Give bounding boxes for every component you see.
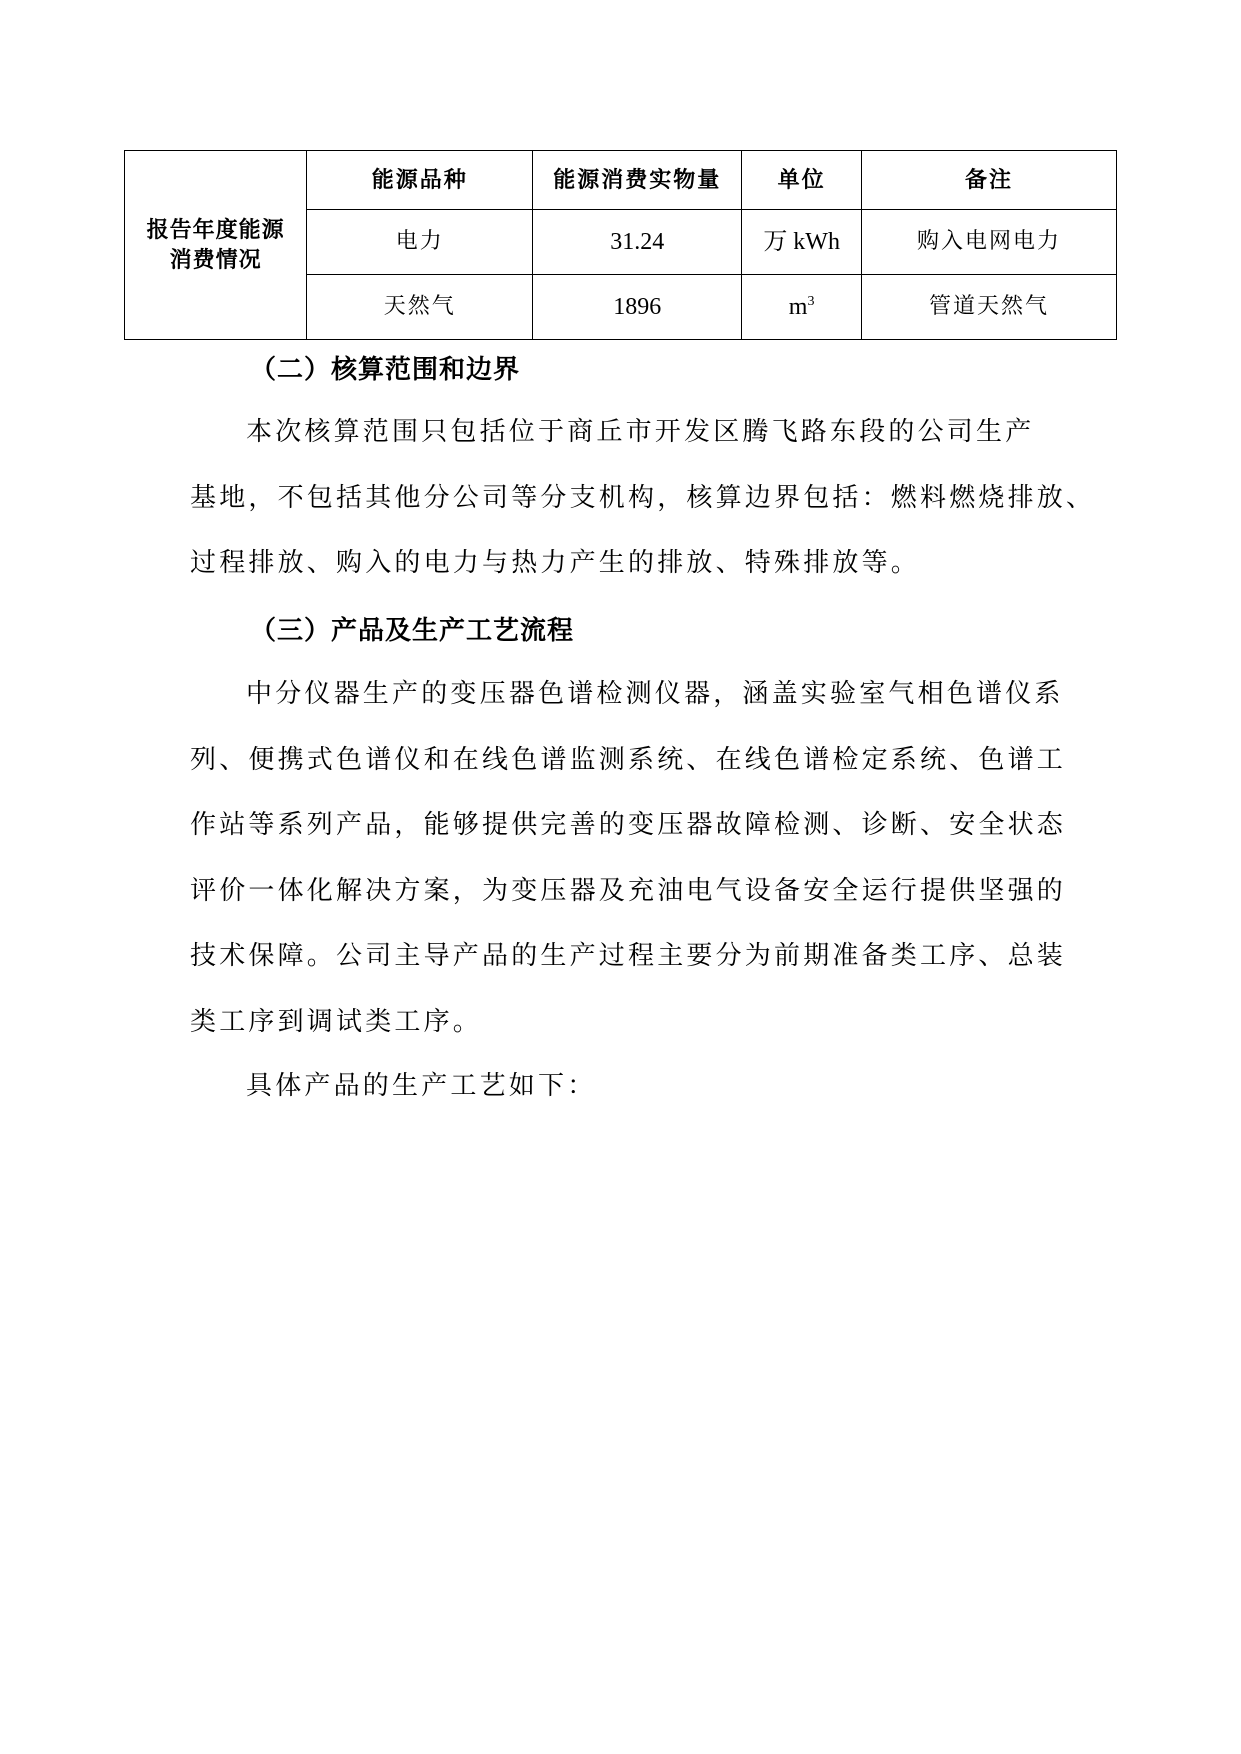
cell-amount: 1896	[533, 275, 742, 340]
energy-consumption-table: 报告年度能源 消费情况 能源品种 能源消费实物量 单位 备注 电力 31.24 …	[124, 150, 1117, 340]
paragraph-line: 本次核算范围只包括位于商丘市开发区腾飞路东段的公司生产	[190, 400, 1060, 466]
row-header-line-2: 消费情况	[170, 247, 262, 273]
paragraph-line: 基地，不包括其他分公司等分支机构，核算边界包括：燃料燃烧排放、	[190, 466, 1060, 532]
row-header-cell: 报告年度能源 消费情况	[125, 151, 307, 340]
column-header-note: 备注	[861, 151, 1116, 210]
column-header-amount: 能源消费实物量	[533, 151, 742, 210]
cell-energy-type: 电力	[307, 210, 533, 275]
unit-superscript: 3	[807, 294, 814, 309]
paragraph-line: 评价一体化解决方案，为变压器及充油电气设备安全运行提供坚强的	[190, 859, 1060, 925]
row-header-line-1: 报告年度能源	[147, 217, 285, 243]
document-page: 报告年度能源 消费情况 能源品种 能源消费实物量 单位 备注 电力 31.24 …	[0, 0, 1241, 1754]
cell-energy-type: 天然气	[307, 275, 533, 340]
paragraph-line: 中分仪器生产的变压器色谱检测仪器，涵盖实验室气相色谱仪系	[190, 662, 1060, 728]
paragraph-line: 作站等系列产品，能够提供完善的变压器故障检测、诊断、安全状态	[190, 793, 1060, 859]
paragraph-closing: 具体产品的生产工艺如下：	[190, 1054, 1060, 1120]
section-heading-products: （三）产品及生产工艺流程	[250, 615, 574, 647]
paragraph-line: 类工序到调试类工序。	[190, 990, 1060, 1056]
cell-unit: 万 kWh	[742, 210, 862, 275]
table-header-row: 报告年度能源 消费情况 能源品种 能源消费实物量 单位 备注	[125, 151, 1117, 210]
cell-note: 购入电网电力	[861, 210, 1116, 275]
paragraph-line: 过程排放、购入的电力与热力产生的排放、特殊排放等。	[190, 531, 1060, 597]
paragraph-line: 技术保障。公司主导产品的生产过程主要分为前期准备类工序、总装	[190, 924, 1060, 990]
paragraph-scope: 本次核算范围只包括位于商丘市开发区腾飞路东段的公司生产 基地，不包括其他分公司等…	[190, 400, 1060, 597]
column-header-energy-type: 能源品种	[307, 151, 533, 210]
cell-note: 管道天然气	[861, 275, 1116, 340]
cell-amount: 31.24	[533, 210, 742, 275]
section-heading-scope: （二）核算范围和边界	[250, 354, 520, 386]
paragraph-line: 列、便携式色谱仪和在线色谱监测系统、在线色谱检定系统、色谱工	[190, 728, 1060, 794]
unit-base: m	[789, 294, 808, 320]
column-header-unit: 单位	[742, 151, 862, 210]
cell-unit: m3	[742, 275, 862, 340]
paragraph-line: 具体产品的生产工艺如下：	[190, 1054, 1060, 1120]
paragraph-products: 中分仪器生产的变压器色谱检测仪器，涵盖实验室气相色谱仪系 列、便携式色谱仪和在线…	[190, 662, 1060, 1055]
